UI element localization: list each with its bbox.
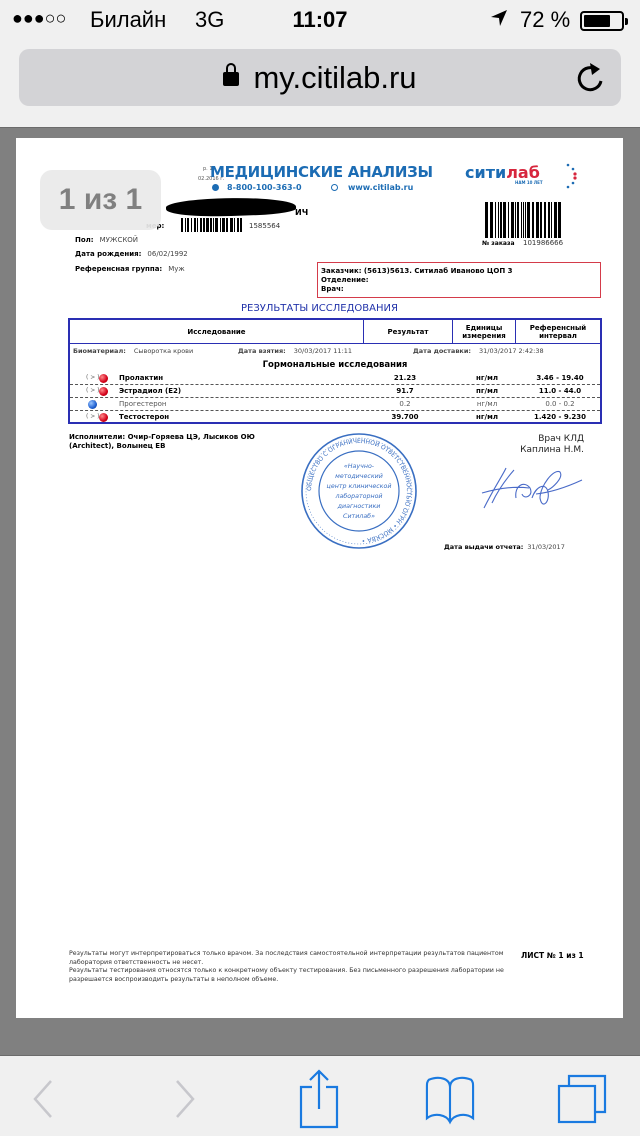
patient-ref-group: Референсная группа:Муж [75, 265, 185, 273]
card-number: 1585564 [249, 222, 280, 230]
url-text: my.citilab.ru [253, 60, 416, 95]
patient-name-suffix: ИЧ [295, 208, 308, 217]
test-result: 0.2 [360, 400, 450, 408]
citilab-logo: ситилаб НАМ 10 ЛЕТ [465, 163, 540, 182]
forward-button[interactable] [160, 1074, 210, 1124]
brand-phone: 8-800-100-363-0 [212, 183, 302, 192]
table-row: ( > )Тестостерон39.700нг/мл1.420 - 9.230 [70, 411, 600, 424]
test-unit: нг/мл [455, 400, 519, 408]
svg-text:Ситилаб»: Ситилаб» [343, 512, 375, 520]
redacted-patient-name [166, 196, 297, 219]
svg-text:методический: методический [335, 473, 383, 480]
share-icon [299, 1069, 339, 1129]
results-table: Исследование Результат Единицыизмерения … [68, 318, 602, 424]
location-arrow-icon [490, 9, 508, 33]
logo-tagline: НАМ 10 ЛЕТ [515, 180, 543, 185]
test-result: 39.700 [360, 413, 450, 421]
issue-date: Дата выдачи отчета:31/03/2017 [444, 543, 565, 551]
client-info-box: Заказчик: (5613)5613. Ситилаб Иваново ЦО… [317, 262, 601, 298]
svg-text:центр клинической: центр клинической [327, 483, 392, 490]
client-doctor: Врач: [321, 285, 600, 294]
brand-title: МЕДИЦИНСКИЕ АНАЛИЗЫ [210, 163, 433, 181]
flag-marker: ( > ) [86, 387, 100, 394]
lab-report-document: р. 1 02.2016 г. МЕДИЦИНСКИЕ АНАЛИЗЫ 8-80… [16, 138, 623, 1018]
browser-top-chrome: ●●●○○ Билайн 3G 11:07 72 % my.citilab.ru [0, 0, 640, 128]
status-bar: ●●●○○ Билайн 3G 11:07 72 % [0, 0, 640, 40]
performers: Исполнители: Очир-Горяева ЦЭ, Лысиков ОЮ… [69, 433, 289, 451]
flag-marker: ( > ) [86, 374, 100, 381]
logo-dots-icon [565, 163, 579, 189]
tabs-icon [557, 1074, 607, 1124]
sheet-number: ЛИСТ № 1 из 1 [521, 951, 584, 960]
client-department: Отделение: [321, 276, 600, 285]
tabs-button[interactable] [557, 1074, 607, 1124]
lock-icon [223, 72, 239, 86]
disclaimer: Результаты могут интерпретироваться толь… [69, 950, 509, 984]
phone-icon [212, 184, 219, 191]
svg-text:«Научно-: «Научно- [344, 463, 375, 470]
table-row: ( > )Пролактин21.23нг/мл3.46 - 19.40 [70, 372, 600, 385]
test-unit: нг/мл [455, 374, 519, 382]
battery-icon [580, 11, 624, 31]
browser-toolbar [0, 1055, 640, 1136]
test-result: 21.23 [360, 374, 450, 382]
order-barcode [485, 202, 563, 238]
address-bar[interactable]: my.citilab.ru [19, 49, 621, 106]
test-result: 91.7 [360, 387, 450, 395]
bookmarks-button[interactable] [425, 1074, 475, 1124]
table-row: )Прогестерон0.2нг/мл0.0 - 0.2 [70, 398, 600, 411]
flag-marker: ( > ) [86, 413, 100, 420]
page-indicator: 1 из 1 [40, 170, 161, 230]
table-header: Исследование Результат Единицыизмерения … [70, 320, 600, 344]
test-name: Пролактин [119, 374, 163, 382]
results-title: РЕЗУЛЬТАТЫ ИССЛЕДОВАНИЯ [16, 303, 623, 314]
high-flag-icon [99, 374, 108, 383]
svg-text:лабораторной: лабораторной [334, 492, 382, 500]
test-name: Прогестерон [119, 400, 167, 408]
test-name: Эстрадиол (Е2) [119, 387, 181, 395]
book-icon [425, 1073, 475, 1125]
order-number: 101986666 [523, 239, 563, 247]
client-customer: Заказчик: (5613)5613. Ситилаб Иваново ЦО… [321, 267, 600, 276]
test-ref-range: 3.46 - 19.40 [520, 374, 600, 382]
col-ref: Референсныйинтервал [516, 320, 600, 344]
test-ref-range: 0.0 - 0.2 [520, 400, 600, 408]
test-unit: нг/мл [455, 413, 519, 421]
back-button[interactable] [18, 1074, 68, 1124]
high-flag-icon [99, 387, 108, 396]
col-units: Единицыизмерения [453, 320, 516, 344]
chevron-left-icon [31, 1077, 55, 1121]
battery-percent: 72 % [520, 7, 570, 33]
normal-flag-icon [88, 400, 97, 409]
chevron-right-icon [173, 1077, 197, 1121]
svg-text:ОБЩЕСТВО С ОГРАНИЧЕННОЙ ОТВЕТС: ОБЩЕСТВО С ОГРАНИЧЕННОЙ ОТВЕТСТВЕННОСТЬЮ… [306, 438, 412, 544]
patient-barcode [181, 218, 243, 232]
patient-dob: Дата рождения:06/02/1992 [75, 250, 188, 258]
doctor-signature [474, 458, 584, 518]
high-flag-icon [99, 413, 108, 422]
col-result: Результат [364, 320, 453, 344]
test-name: Тестостерон [119, 413, 169, 421]
test-ref-range: 1.420 - 9.230 [520, 413, 600, 421]
globe-icon [331, 184, 338, 191]
section-header: Гормональные исследования [70, 360, 600, 370]
lab-stamp: ОБЩЕСТВО С ОГРАНИЧЕННОЙ ОТВЕТСТВЕННОСТЬЮ… [300, 432, 418, 550]
patient-sex: Пол:МУЖСКОЙ [75, 236, 138, 244]
table-row: ( > )Эстрадиол (Е2)91.7пг/мл11.0 - 44.0 [70, 385, 600, 398]
test-ref-range: 11.0 - 44.0 [520, 387, 600, 395]
svg-text:диагностики: диагностики [337, 503, 381, 510]
reload-icon[interactable] [573, 59, 607, 95]
col-test: Исследование [70, 320, 364, 344]
order-label: № заказа [482, 240, 515, 247]
brand-site: www.citilab.ru [331, 183, 413, 192]
doctor-signoff: Врач КЛД Каплина Н.М. [520, 434, 584, 456]
test-unit: пг/мл [455, 387, 519, 395]
share-button[interactable] [294, 1074, 344, 1124]
